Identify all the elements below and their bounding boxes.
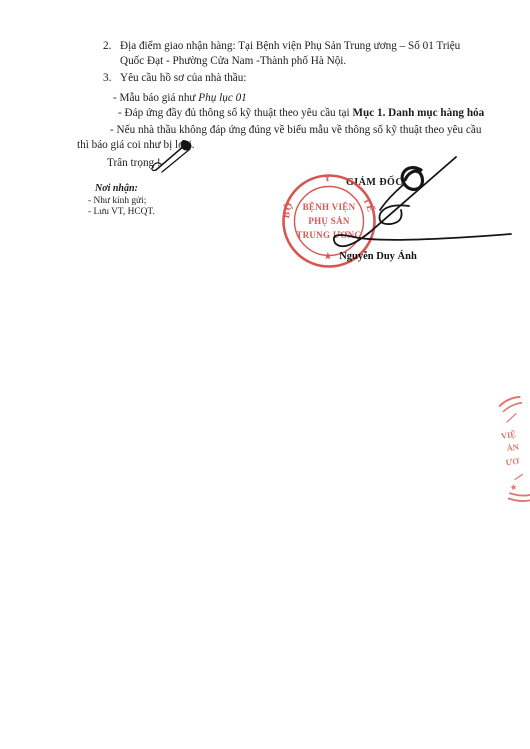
- edge-stamp-star-icon: ★: [510, 482, 519, 492]
- edge-stamp-fragment-2: ẢN: [506, 442, 520, 454]
- requirements-item: 3.Yêu cầu hồ sơ của nhà thầu:: [77, 71, 479, 86]
- recipients-heading: Nơi nhận:: [95, 183, 155, 194]
- list-number: 3.: [103, 71, 120, 86]
- recipient-item: - Lưu VT, HCQT.: [88, 207, 155, 218]
- rejection-line1: - Nếu nhà thầu không đáp ứng đúng về biể…: [77, 123, 479, 138]
- specs-text: - Đáp ứng đầy đủ thông số kỹ thuật theo …: [118, 107, 352, 119]
- quote-form-text: - Mẫu báo giá như: [113, 92, 198, 104]
- signer-name: Nguyễn Duy Ánh: [332, 251, 424, 262]
- list-number: 2.: [103, 39, 120, 54]
- delivery-location-line1: Địa điểm giao nhận hàng: Tại Bệnh viện P…: [120, 40, 460, 52]
- appendix-reference: Phụ lục 01: [198, 92, 246, 104]
- requirements-text: Yêu cầu hồ sơ của nhà thầu:: [120, 72, 246, 84]
- page-edge-stamp: VIỆ ẢN ƯƠ ★: [478, 392, 530, 510]
- goods-list-reference: Mục 1. Danh mục hàng hóa: [352, 107, 484, 119]
- delivery-location-line2: Quốc Đạt - Phường Cửa Nam -Thành phố Hà …: [77, 54, 479, 69]
- edge-stamp-fragment-3: ƯƠ: [505, 456, 520, 468]
- closing-flourish-ink: [150, 136, 210, 176]
- specs-bullet: - Đáp ứng đầy đủ thông số kỹ thuật theo …: [77, 106, 479, 121]
- edge-stamp-fragment-1: VIỆ: [500, 429, 517, 441]
- delivery-location-item: 2.Địa điểm giao nhận hàng: Tại Bệnh viện…: [77, 39, 479, 69]
- recipients-block: Nơi nhận: - Như kính gửi; - Lưu VT, HCQT…: [88, 183, 155, 218]
- quote-form-bullet: - Mẫu báo giá như Phụ lục 01: [77, 91, 479, 106]
- scanned-letter-page: 2.Địa điểm giao nhận hàng: Tại Bệnh viện…: [0, 0, 530, 749]
- recipient-item: - Như kính gửi;: [88, 196, 155, 207]
